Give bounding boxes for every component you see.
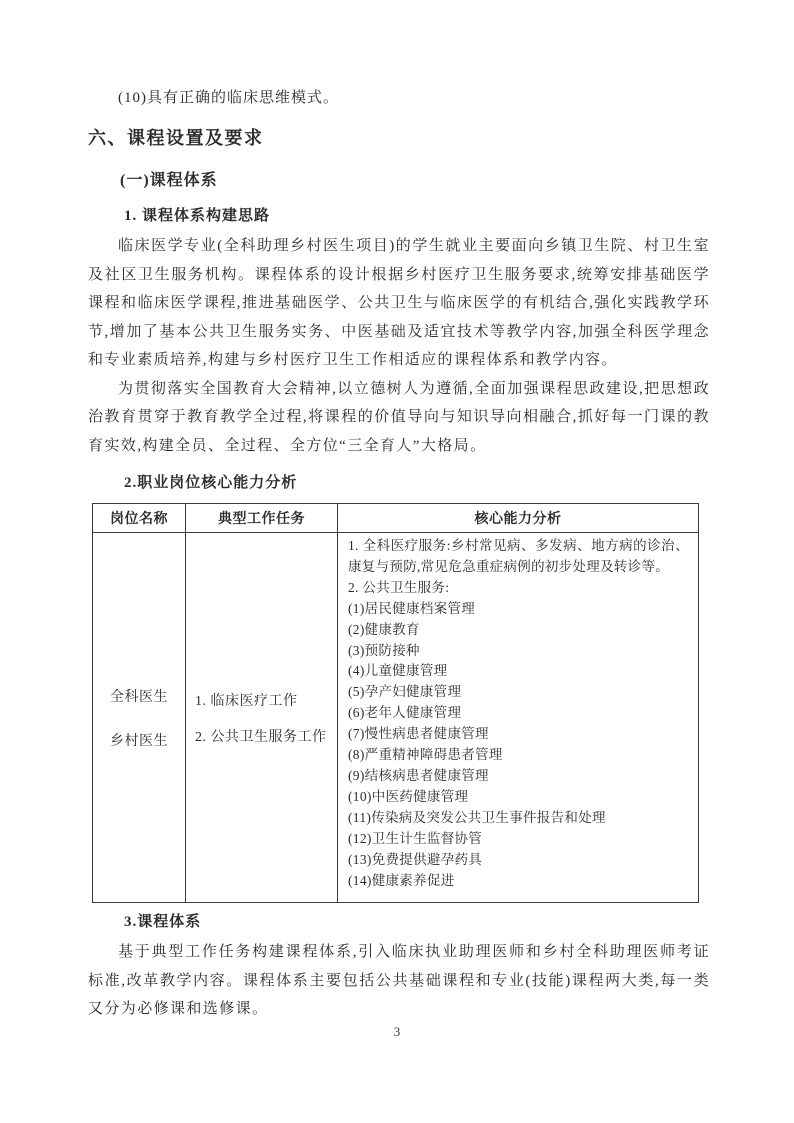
- ability-item: (11)传染病及突发公共卫生事件报告和处理: [348, 808, 689, 829]
- ability-item: (14)健康素养促进: [348, 871, 689, 892]
- position-general-practitioner: 全科医生: [110, 686, 168, 706]
- ability-item: (1)居民健康档案管理: [348, 599, 689, 620]
- position-village-doctor: 乡村医生: [110, 730, 168, 750]
- cell-position-names: 全科医生 乡村医生: [93, 533, 186, 903]
- header-position-name: 岗位名称: [93, 504, 186, 533]
- header-core-ability: 核心能力分析: [338, 504, 699, 533]
- ability-public-health-header: 2. 公共卫生服务:: [348, 578, 689, 599]
- cell-typical-tasks: 1. 临床医疗工作 2. 公共卫生服务工作: [186, 533, 338, 903]
- clinical-thinking-item: (10)具有正确的临床思维模式。: [88, 88, 710, 109]
- ability-medical-services: 1. 全科医疗服务:乡村常见病、多发病、地方病的诊治、康复与预防,常见危急重症病…: [348, 536, 689, 578]
- paragraph-course-system-intro: 临床医学专业(全科助理乡村医生项目)的学生就业主要面向乡镇卫生院、村卫生室及社区…: [88, 232, 710, 375]
- heading-course-system-building: 1. 课程体系构建思路: [124, 205, 710, 227]
- subsection-heading-course-system: (一)课程体系: [120, 169, 710, 193]
- table-body-row: 全科医生 乡村医生 1. 临床医疗工作 2. 公共卫生服务工作 1. 全科医疗服…: [93, 533, 699, 903]
- document-page: (10)具有正确的临床思维模式。 六、课程设置及要求 (一)课程体系 1. 课程…: [0, 0, 794, 1123]
- heading-course-system: 3.课程体系: [124, 911, 710, 933]
- ability-item: (10)中医药健康管理: [348, 787, 689, 808]
- page-number: 3: [0, 1024, 794, 1040]
- ability-item: (5)孕产妇健康管理: [348, 682, 689, 703]
- ability-item: (6)老年人健康管理: [348, 703, 689, 724]
- cell-core-abilities: 1. 全科医疗服务:乡村常见病、多发病、地方病的诊治、康复与预防,常见危急重症病…: [338, 533, 699, 903]
- ability-item: (4)儿童健康管理: [348, 661, 689, 682]
- ability-item: (13)免费提供避孕药具: [348, 850, 689, 871]
- ability-item: (7)慢性病患者健康管理: [348, 724, 689, 745]
- section-heading-course-setup: 六、课程设置及要求: [88, 125, 710, 151]
- ability-item: (3)预防接种: [348, 641, 689, 662]
- ability-item: (9)结核病患者健康管理: [348, 766, 689, 787]
- header-typical-tasks: 典型工作任务: [186, 504, 338, 533]
- task-clinical-work: 1. 临床医疗工作: [195, 690, 298, 710]
- ability-item: (8)严重精神障碍患者管理: [348, 745, 689, 766]
- ability-item: (2)健康教育: [348, 620, 689, 641]
- table-header-row: 岗位名称 典型工作任务 核心能力分析: [93, 504, 699, 533]
- core-ability-table: 岗位名称 典型工作任务 核心能力分析 全科医生 乡村医生 1. 临床医疗工作 2…: [92, 503, 699, 903]
- heading-core-ability-analysis: 2.职业岗位核心能力分析: [124, 472, 710, 494]
- paragraph-ideological-education: 为贯彻落实全国教育大会精神,以立德树人为遵循,全面加强课程思政建设,把思想政治教…: [88, 375, 710, 461]
- task-public-health-work: 2. 公共卫生服务工作: [195, 726, 327, 746]
- ability-item: (12)卫生计生监督协管: [348, 829, 689, 850]
- paragraph-course-system-detail: 基于典型工作任务构建课程体系,引入临床执业助理医师和乡村全科助理医师考证标准,改…: [88, 938, 710, 1024]
